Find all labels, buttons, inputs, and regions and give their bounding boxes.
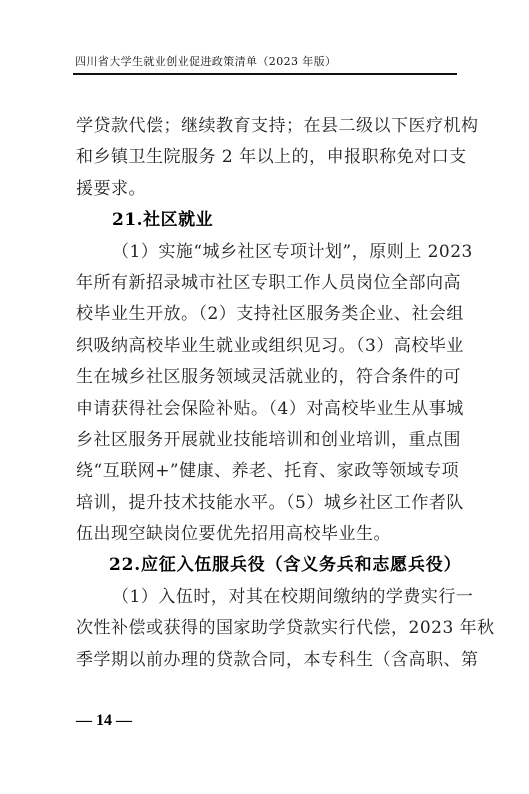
section-heading-22: 22.应征入伍服兵役（含义务兵和志愿兵役） bbox=[76, 550, 453, 581]
paragraph-line: 年所有新招录城市社区专职工作人员岗位全部向高 bbox=[76, 268, 453, 299]
paragraph-line: 生在城乡社区服务领域灵活就业的，符合条件的可 bbox=[76, 362, 453, 393]
paragraph-line: 学贷款代偿；继续教育支持；在县二级以下医疗机构 bbox=[76, 111, 453, 142]
paragraph-line: 织吸纳高校毕业生就业或组织见习。（3）高校毕业 bbox=[76, 331, 453, 362]
document-body: 学贷款代偿；继续教育支持；在县二级以下医疗机构 和乡镇卫生院服务 2 年以上的，… bbox=[76, 111, 453, 676]
paragraph-line: 援要求。 bbox=[76, 174, 453, 205]
header-rule bbox=[73, 73, 457, 75]
paragraph-line: （1）实施“城乡社区专项计划”，原则上 2023 bbox=[76, 237, 453, 268]
paragraph-line: 校毕业生开放。（2）支持社区服务类企业、社会组 bbox=[76, 299, 453, 330]
paragraph-line: 次性补偿或获得的国家助学贷款实行代偿，2023 年秋 bbox=[76, 613, 453, 644]
paragraph-line: 伍出现空缺岗位要优先招用高校毕业生。 bbox=[76, 519, 453, 550]
paragraph-line: （1）入伍时，对其在校期间缴纳的学费实行一 bbox=[76, 582, 453, 613]
paragraph-line: 乡社区服务开展就业技能培训和创业培训，重点围 bbox=[76, 425, 453, 456]
running-header-title: 四川省大学生就业创业促进政策清单（2023 年版） bbox=[75, 53, 337, 69]
page-number: — 14 — bbox=[76, 712, 132, 730]
paragraph-line: 培训，提升技术技能水平。（5）城乡社区工作者队 bbox=[76, 488, 453, 519]
paragraph-line: 和乡镇卫生院服务 2 年以上的，申报职称免对口支 bbox=[76, 142, 453, 173]
paragraph-line: 季学期以前办理的贷款合同，本专科生（含高职、第 bbox=[76, 645, 453, 676]
paragraph-line: 绕“互联网+”健康、养老、托育、家政等领域专项 bbox=[76, 456, 453, 487]
section-heading-21: 21.社区就业 bbox=[76, 205, 453, 236]
paragraph-line: 申请获得社会保险补贴。（4）对高校毕业生从事城 bbox=[76, 394, 453, 425]
